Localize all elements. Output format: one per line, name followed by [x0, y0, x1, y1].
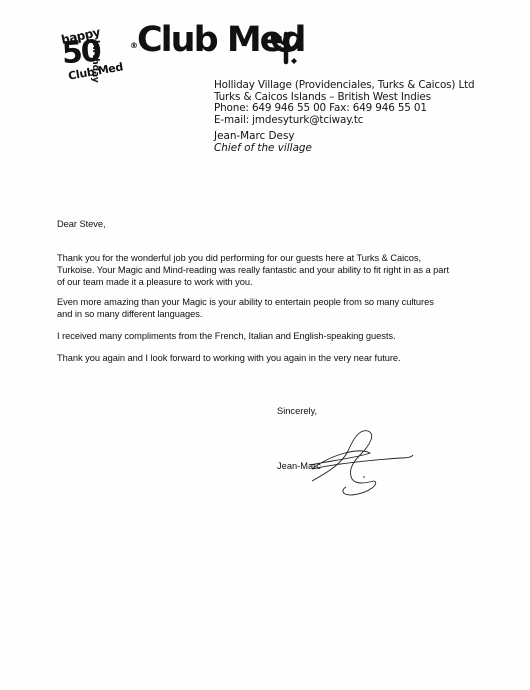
signer-name: Jean-Marc Desy — [214, 131, 312, 143]
address-line: Holliday Village (Providenciales, Turks … — [214, 80, 474, 92]
letterhead-address: Holliday Village (Providenciales, Turks … — [214, 80, 474, 126]
registered-mark: ® — [130, 41, 136, 50]
handwritten-signature-icon — [300, 425, 420, 505]
anniversary-badge-logo: happy 50 birthday Club Med — [58, 22, 130, 78]
paragraph-line: and in so many different languages. — [57, 308, 434, 320]
paragraph-4: Thank you again and I look forward to wo… — [57, 352, 401, 364]
letter-page: happy 50 birthday Club Med ®Club Med Hol… — [0, 0, 530, 690]
paragraph-3: I received many compliments from the Fre… — [57, 330, 396, 342]
paragraph-line: of our team made it a pleasure to work w… — [57, 276, 449, 288]
letterhead-signer: Jean-Marc Desy Chief of the village — [214, 131, 312, 154]
paragraph-line: Thank you for the wonderful job you did … — [57, 252, 449, 264]
paragraph-line: Even more amazing than your Magic is you… — [57, 296, 434, 308]
trident-icon — [267, 30, 305, 66]
paragraph-line: I received many compliments from the Fre… — [57, 330, 396, 342]
paragraph-1: Thank you for the wonderful job you did … — [57, 252, 449, 288]
closing: Sincerely, — [277, 406, 317, 416]
paragraph-2: Even more amazing than your Magic is you… — [57, 296, 434, 320]
paragraph-line: Thank you again and I look forward to wo… — [57, 352, 401, 364]
paragraph-line: Turkoise. Your Magic and Mind-reading wa… — [57, 264, 449, 276]
salutation: Dear Steve, — [57, 218, 106, 230]
email-line: E-mail: jmdesyturk@tciway.tc — [214, 115, 474, 127]
signer-title: Chief of the village — [214, 143, 312, 155]
